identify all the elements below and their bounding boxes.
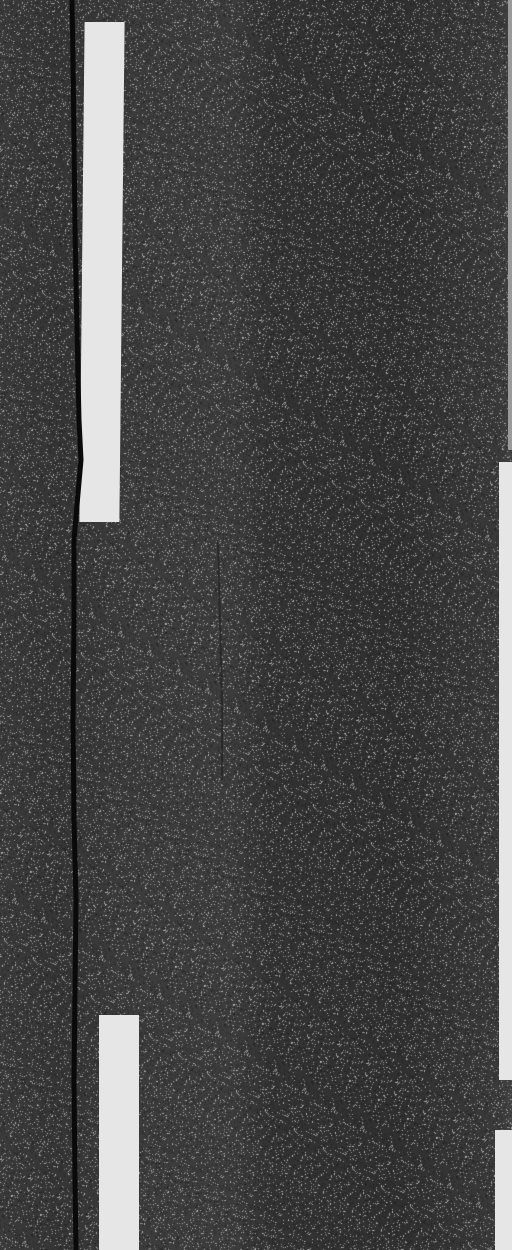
longitudinal-crack xyxy=(0,0,512,1250)
pavement-scene xyxy=(0,0,512,1250)
